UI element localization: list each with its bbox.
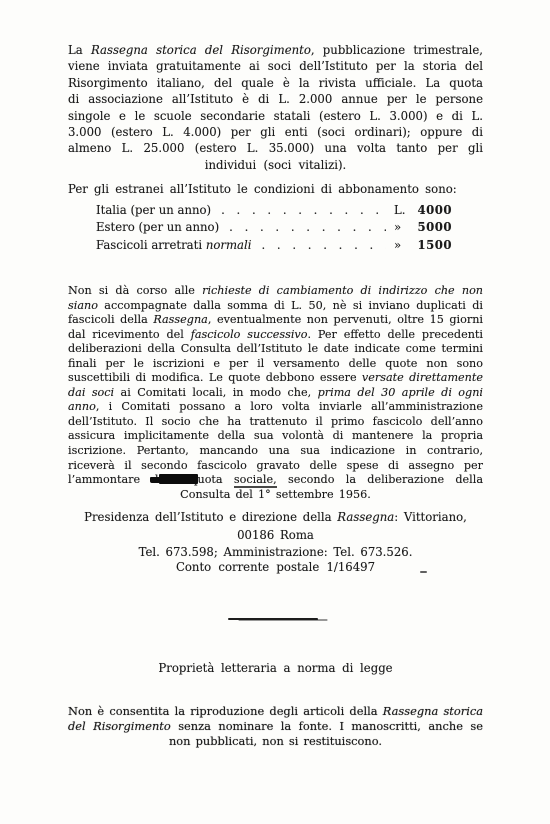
dot-leader: . . . . . . . . . . . . . . . . . . . . xyxy=(262,238,387,252)
rate-value: 5000 xyxy=(416,220,452,234)
scan-speck-artifact xyxy=(420,571,427,573)
rate-row-estero: Estero (per un anno) . . . . . . . . . .… xyxy=(96,220,452,237)
rate-value: 1500 xyxy=(416,238,452,252)
notice-text-underlined: sociale, xyxy=(234,473,277,488)
intro-text-post: , pubblicazione trimestrale, viene invia… xyxy=(68,43,483,172)
notice-paragraph: Non si dà corso alle richieste di cambia… xyxy=(68,284,483,502)
contact-text: Presidenza dell’Istituto e direzione del… xyxy=(84,510,337,524)
rate-label-text: Italia (per un anno) xyxy=(96,203,211,217)
scanned-journal-page: La Rassegna storica del Risorgimento, pu… xyxy=(0,0,550,824)
contact-phone-line: Tel. 673.598; Amministrazione: Tel. 673.… xyxy=(68,544,483,562)
journal-title: Rassegna storica del Risorgimento xyxy=(91,43,311,57)
contact-address-line: Presidenza dell’Istituto e direzione del… xyxy=(68,509,483,544)
currency-unit: » xyxy=(394,238,416,252)
rate-label: Fascicoli arretrati normali xyxy=(96,238,252,252)
rate-value: 4000 xyxy=(416,203,452,217)
contact-block: Presidenza dell’Istituto e direzione del… xyxy=(68,509,483,562)
section-divider-rule xyxy=(228,618,318,620)
dot-leader: . . . . . . . . . . . . . . . . . . . . xyxy=(229,220,386,234)
rate-label-text: Estero (per un anno) xyxy=(96,220,219,234)
currency-unit: » xyxy=(394,220,416,234)
rates-table: Italia (per un anno) . . . . . . . . . .… xyxy=(96,203,452,255)
rate-label-italic: normali xyxy=(206,238,252,252)
ink-blot-fragment xyxy=(159,474,198,484)
footnote-text: Non è consentita la riproduzione degli a… xyxy=(68,704,383,718)
rate-label: Italia (per un anno) xyxy=(96,203,211,217)
footnote-text: senza nominare la fonte. I manoscritti, … xyxy=(169,719,483,748)
intro-paragraph: La Rassegna storica del Risorgimento, pu… xyxy=(68,42,483,173)
subscription-heading: Per gli estranei all’Istituto le condizi… xyxy=(68,182,483,196)
dot-leader: . . . . . . . . . . . . . . . . . . . . xyxy=(221,203,386,217)
notice-text: ai Comitati locali, in modo che, xyxy=(114,386,317,399)
rate-label-text: Fascicoli arretrati xyxy=(96,238,206,252)
contact-text-italic: Rassegna xyxy=(337,510,394,524)
notice-text-italic: fascicolo successivo xyxy=(191,328,308,341)
notice-text-italic: Rassegna xyxy=(153,313,208,326)
intro-text-pre: La xyxy=(68,43,91,57)
notice-text: Non si dà corso alle xyxy=(68,284,202,297)
currency-unit: L. xyxy=(394,203,416,217)
rate-row-fascicoli: Fascicoli arretrati normali . . . . . . … xyxy=(96,238,452,255)
copyright-line: Proprietà letteraria a norma di legge xyxy=(68,661,483,675)
rate-label: Estero (per un anno) xyxy=(96,220,219,234)
ink-blot-fragment xyxy=(150,477,159,483)
reproduction-notice: Non è consentita la riproduzione degli a… xyxy=(68,704,483,750)
rate-row-italia: Italia (per un anno) . . . . . . . . . .… xyxy=(96,203,452,220)
ink-blot-artifact xyxy=(150,474,202,484)
